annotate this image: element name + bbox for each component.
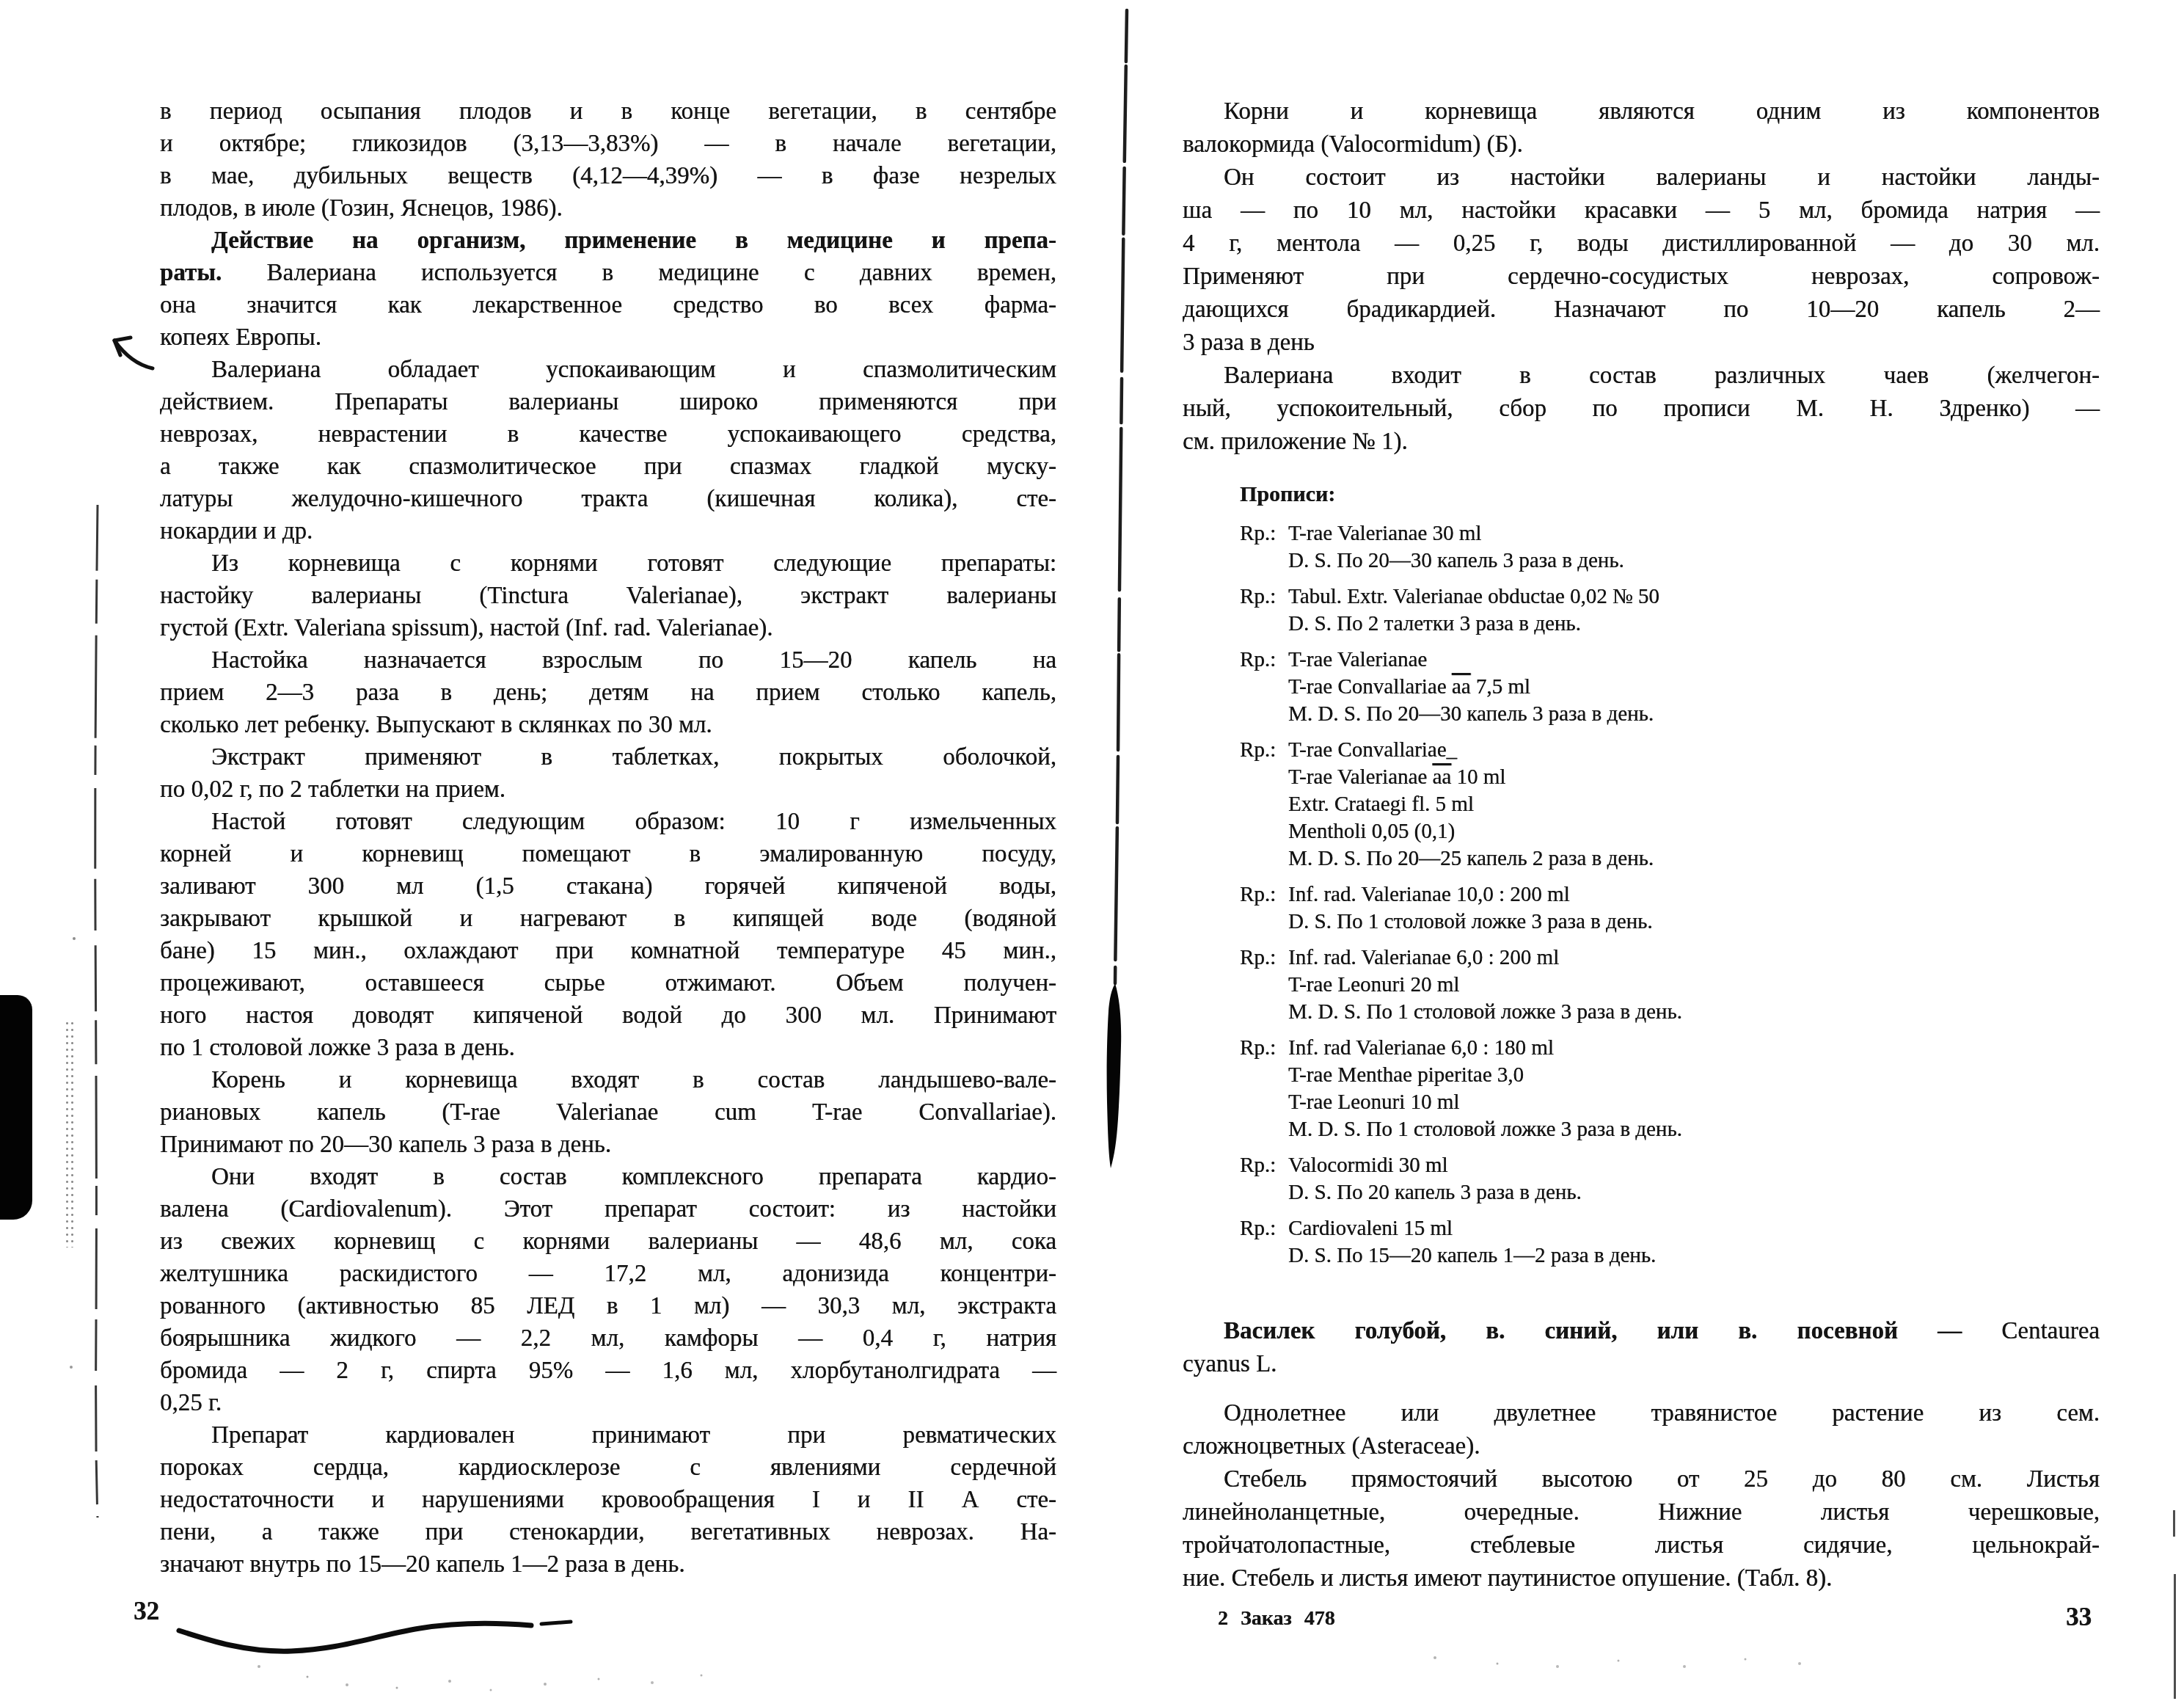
text-line: валена (Cardiovalenum). Этот препарат со… bbox=[160, 1193, 1056, 1225]
prescription: Rp.:T-rae Convallariae_T-rae Valerianae … bbox=[1240, 737, 2100, 873]
prescription: Rp.:Cardiovaleni 15 mlD. S. По 15—20 кап… bbox=[1240, 1215, 2100, 1270]
paragraph: Однолетнее или двулетнее травянистое рас… bbox=[1183, 1397, 2100, 1463]
text-line: Настой готовят следующим образом: 10 г и… bbox=[160, 806, 1056, 838]
left-page-text-column: в период осыпания плодов и в конце вегет… bbox=[160, 95, 1056, 1581]
text-line: D. S. По 15—20 капель 1—2 раза в день. bbox=[1240, 1242, 2100, 1270]
text-line: значают внутрь по 15—20 капель 1—2 раза … bbox=[160, 1548, 1056, 1581]
text-line: T-rae Valerianae bbox=[1288, 648, 1427, 671]
text-line: Valocormidi 30 ml bbox=[1288, 1154, 1447, 1177]
rx-label: Rp.: bbox=[1240, 583, 1288, 611]
prescription: Rp.:Valocormidi 30 mlD. S. По 20 капель … bbox=[1240, 1152, 2100, 1206]
rx-label: Rp.: bbox=[1240, 1035, 1288, 1062]
text-line: раты. Валериана используется в медицине … bbox=[160, 257, 1056, 289]
text-line: 0,25 г. bbox=[160, 1387, 1056, 1419]
text-segment: T-rae Valerianae bbox=[1288, 765, 1432, 789]
text-line: Cardiovaleni 15 ml bbox=[1288, 1217, 1453, 1240]
paragraph: Валериана обладает успокаивающим и спазм… bbox=[160, 354, 1056, 547]
text-line: Стебель прямостоячий высотою от 25 до 80… bbox=[1183, 1463, 2100, 1496]
text-line: Василек голубой, в. синий, или в. посевн… bbox=[1183, 1315, 2100, 1348]
text-line: линейноланцетные, очередные. Нижние лист… bbox=[1183, 1496, 2100, 1529]
book-gutter-shadow bbox=[1097, 0, 1141, 1189]
text-line: D. S. По 2 талетки 3 раза в день. bbox=[1240, 611, 2100, 638]
text-line: M. D. S. По 1 столовой ложке 3 раза в де… bbox=[1240, 999, 2100, 1026]
page-edge-mark bbox=[2173, 1510, 2175, 1537]
text-line: Rp.:Cardiovaleni 15 ml bbox=[1240, 1215, 2100, 1242]
text-line: 3 раза в день bbox=[1183, 327, 2100, 360]
text-line: D. S. По 20—30 капель 3 раза в день. bbox=[1240, 547, 2100, 575]
text-line: Настойка назначается взрослым по 15—20 к… bbox=[160, 644, 1056, 677]
scan-noise-dots bbox=[0, 0, 1, 1]
margin-arrow-annotation bbox=[94, 321, 167, 376]
text-line: сложноцветных (Asteraceae). bbox=[1183, 1430, 2100, 1463]
rx-label: Rp.: bbox=[1240, 881, 1288, 908]
text-line: дающихся брадикардией. Назначают по 10—2… bbox=[1183, 294, 2100, 327]
paragraph: Из корневища с корнями готовят следующие… bbox=[160, 547, 1056, 644]
text-line: Препарат кардиовален принимают при ревма… bbox=[160, 1419, 1056, 1452]
text-line: Rp.:Tabul. Extr. Valerianae obductae 0,0… bbox=[1240, 583, 2100, 611]
text-line: T-rae Valerianae aa 10 ml bbox=[1240, 764, 2100, 791]
text-line: T-rae Leonuri 20 ml bbox=[1240, 972, 2100, 999]
text-line: Экстракт применяют в таблетках, покрытых… bbox=[160, 741, 1056, 773]
prescription: Rp.:T-rae Valerianae 30 mlD. S. По 20—30… bbox=[1240, 520, 2100, 575]
text-line: T-rae Valerianae 30 ml bbox=[1288, 522, 1481, 545]
text-line: Rp.:Inf. rad. Valerianae 10,0 : 200 ml bbox=[1240, 881, 2100, 908]
text-line: в период осыпания плодов и в конце вегет… bbox=[160, 95, 1056, 128]
text-segment: aa bbox=[1432, 765, 1451, 789]
prescription: Rp.:Inf. rad. Valerianae 10,0 : 200 mlD.… bbox=[1240, 881, 2100, 936]
paragraph: Он состоит из настойки валерианы и насто… bbox=[1183, 161, 2100, 360]
paragraph: Корень и корневища входят в состав ланды… bbox=[160, 1064, 1056, 1161]
paragraph: Они входят в состав комплексного препара… bbox=[160, 1161, 1056, 1419]
paragraph: в период осыпания плодов и в конце вегет… bbox=[160, 95, 1056, 225]
text-line: копеях Европы. bbox=[160, 321, 1056, 354]
right-page-number: 33 bbox=[2066, 1603, 2092, 1632]
paragraph: Препарат кардиовален принимают при ревма… bbox=[160, 1419, 1056, 1581]
rx-label: Rp.: bbox=[1240, 1152, 1288, 1179]
text-line: рованного (активностью 85 ЛЕД в 1 мл) — … bbox=[160, 1290, 1056, 1322]
text-line: плодов, в июле (Гозин, Яснецов, 1986). bbox=[160, 192, 1056, 225]
text-line: закрывают крышкой и нагревают в кипящей … bbox=[160, 903, 1056, 935]
prescription: Rp.:Inf. rad. Valerianae 6,0 : 200 mlT-r… bbox=[1240, 944, 2100, 1026]
text-line: густой (Extr. Valeriana spissum), настой… bbox=[160, 612, 1056, 644]
text-line: нокардии и др. bbox=[160, 515, 1056, 547]
text-line: Валериана входит в состав различных чаев… bbox=[1183, 360, 2100, 393]
text-line: T-rae Convallariae_ bbox=[1288, 738, 1457, 762]
print-order-signature: 2 Заказ 478 bbox=[1218, 1607, 1335, 1631]
text-segment: Centaurea bbox=[1962, 1318, 2100, 1344]
text-line: Rp.:Valocormidi 30 ml bbox=[1240, 1152, 2100, 1179]
prescription: Rp.:Tabul. Extr. Valerianae obductae 0,0… bbox=[1240, 583, 2100, 638]
text-line: Rp.:T-rae Convallariae_ bbox=[1240, 737, 2100, 764]
prescription: Rp.:T-rae ValerianaeT-rae Convallariae a… bbox=[1240, 646, 2100, 728]
text-line: по 1 столовой ложке 3 раза в день. bbox=[160, 1032, 1056, 1064]
text-segment: T-rae Convallariae bbox=[1288, 675, 1452, 699]
page-crease-line bbox=[87, 499, 109, 1523]
text-segment: Валериана используется в медицине с давн… bbox=[222, 260, 1056, 286]
text-line: M. D. S. По 1 столовой ложке 3 раза в де… bbox=[1240, 1116, 2100, 1143]
text-line: тройчатолопастные, стеблевые листья сидя… bbox=[1183, 1529, 2100, 1562]
text-line: пороках сердца, кардиосклерозе с явления… bbox=[160, 1452, 1056, 1484]
text-line: M. D. S. По 20—30 капель 3 раза в день. bbox=[1240, 701, 2100, 728]
text-line: Tabul. Extr. Valerianae obductae 0,02 № … bbox=[1288, 585, 1659, 608]
text-line: Действие на организм, применение в медиц… bbox=[160, 225, 1056, 257]
text-line: а также как спазмолитическое при спазмах… bbox=[160, 451, 1056, 483]
text-line: Inf. rad. Valerianae 6,0 : 200 ml bbox=[1288, 946, 1559, 969]
section-heading: Василек голубой, в. синий, или в. посевн… bbox=[1183, 1315, 2100, 1381]
rx-label: Rp.: bbox=[1240, 944, 1288, 972]
text-line: M. D. S. По 20—25 капель 2 раза в день. bbox=[1240, 845, 2100, 873]
rx-label: Rp.: bbox=[1240, 1215, 1288, 1242]
paragraph: Стебель прямостоячий высотою от 25 до 80… bbox=[1183, 1463, 2100, 1595]
text-line: бане) 15 мин., охлаждают при комнатной т… bbox=[160, 935, 1056, 967]
paragraph: Экстракт применяют в таблетках, покрытых… bbox=[160, 741, 1056, 806]
prescriptions-label: Прописи: bbox=[1240, 481, 2100, 509]
text-line: пени, а также при стенокардии, вегетатив… bbox=[160, 1516, 1056, 1548]
scan-speckle-strip bbox=[65, 1020, 76, 1247]
text-line: она значится как лекарственное средство … bbox=[160, 289, 1056, 321]
scanned-book-spread: в период осыпания плодов и в конце вегет… bbox=[0, 0, 2184, 1701]
text-line: Применяют при сердечно-сосудистых невроз… bbox=[1183, 261, 2100, 294]
text-line: Rp.:T-rae Valerianae 30 ml bbox=[1240, 520, 2100, 547]
prescriptions-list: Rp.:T-rae Valerianae 30 mlD. S. По 20—30… bbox=[1240, 520, 2100, 1270]
text-line: Inf. rad. Valerianae 10,0 : 200 ml bbox=[1288, 883, 1570, 906]
text-line: Корни и корневища являются одним из комп… bbox=[1183, 95, 2100, 128]
rx-label: Rp.: bbox=[1240, 737, 1288, 764]
text-line: риановых капель (T-rae Valerianae cum T-… bbox=[160, 1096, 1056, 1129]
text-line: ние. Стебель и листья имеют паутинистое … bbox=[1183, 1562, 2100, 1595]
text-line: cyanus L. bbox=[1183, 1348, 2100, 1381]
paragraph: Валериана входит в состав различных чаев… bbox=[1183, 360, 2100, 459]
text-line: см. приложение № 1). bbox=[1183, 426, 2100, 459]
text-line: настойку валерианы (Tinctura Valerianae)… bbox=[160, 580, 1056, 612]
prescription: Rp.:Inf. rad Valerianae 6,0 : 180 mlT-ra… bbox=[1240, 1035, 2100, 1143]
text-line: Однолетнее или двулетнее травянистое рас… bbox=[1183, 1397, 2100, 1430]
text-line: T-rae Convallariae aa 7,5 ml bbox=[1240, 674, 2100, 701]
text-line: в мае, дубильных веществ (4,12—4,39%) — … bbox=[160, 160, 1056, 192]
text-line: Из корневища с корнями готовят следующие… bbox=[160, 547, 1056, 580]
text-segment: aa bbox=[1452, 675, 1471, 699]
text-line: D. S. По 1 столовой ложке 3 раза в день. bbox=[1240, 908, 2100, 936]
text-line: неврозах, неврастении в качестве успокаи… bbox=[160, 418, 1056, 451]
text-line: 4 г, ментола — 0,25 г, воды дистиллирова… bbox=[1183, 227, 2100, 261]
text-line: по 0,02 г, по 2 таблетки на прием. bbox=[160, 773, 1056, 806]
text-line: ный, успокоительный, сбор по прописи М. … bbox=[1183, 393, 2100, 426]
handwritten-underline bbox=[170, 1609, 581, 1664]
text-line: желтушника раскидистого — 17,2 мл, адони… bbox=[160, 1258, 1056, 1290]
text-line: латуры желудочно-кишечного тракта (кишеч… bbox=[160, 483, 1056, 515]
text-line: Принимают по 20—30 капель 3 раза в день. bbox=[160, 1129, 1056, 1161]
paragraph: Корни и корневища являются одним из комп… bbox=[1183, 95, 2100, 161]
text-line: процеживают, оставшееся сырье отжимают. … bbox=[160, 967, 1056, 999]
text-line: Они входят в состав комплексного препара… bbox=[160, 1161, 1056, 1193]
text-line: Extr. Crataegi fl. 5 ml bbox=[1240, 791, 2100, 818]
left-page-number: 32 bbox=[134, 1597, 159, 1626]
section-body: Однолетнее или двулетнее травянистое рас… bbox=[1183, 1397, 2100, 1595]
text-line: бромида — 2 г, спирта 95% — 1,6 мл, хлор… bbox=[160, 1355, 1056, 1387]
text-segment: Василек голубой, в. синий, или в. посевн… bbox=[1224, 1318, 1962, 1344]
text-line: T-rae Menthae piperitae 3,0 bbox=[1240, 1062, 2100, 1089]
text-line: Mentholi 0,05 (0,1) bbox=[1240, 818, 2100, 845]
right-page-text-column: Корни и корневища являются одним из комп… bbox=[1183, 95, 2100, 1595]
text-line: сколько лет ребенку. Выпускают в склянка… bbox=[160, 709, 1056, 741]
text-line: валокормида (Valocormidum) (Б). bbox=[1183, 128, 2100, 161]
text-line: Rp.:T-rae Valerianae bbox=[1240, 646, 2100, 674]
text-line: ного настоя доводят кипяченой водой до 3… bbox=[160, 999, 1056, 1032]
paragraph: Действие на организм, применение в медиц… bbox=[160, 225, 1056, 354]
text-line: из свежих корневищ с корнями валерианы —… bbox=[160, 1225, 1056, 1258]
text-line: Rp.:Inf. rad Valerianae 6,0 : 180 ml bbox=[1240, 1035, 2100, 1062]
text-line: Он состоит из настойки валерианы и насто… bbox=[1183, 161, 2100, 194]
text-line: Rp.:Inf. rad. Valerianae 6,0 : 200 ml bbox=[1240, 944, 2100, 972]
text-segment: 7,5 ml bbox=[1471, 675, 1530, 699]
text-line: Inf. rad Valerianae 6,0 : 180 ml bbox=[1288, 1036, 1554, 1060]
text-line: недостаточности и нарушениями кровообращ… bbox=[160, 1484, 1056, 1516]
text-line: корней и корневищ помещают в эмалированн… bbox=[160, 838, 1056, 870]
paragraph: Настой готовят следующим образом: 10 г и… bbox=[160, 806, 1056, 1064]
scanner-ink-blob bbox=[0, 995, 32, 1220]
text-line: ша — по 10 мл, настойки красавки — 5 мл,… bbox=[1183, 194, 2100, 227]
text-line: D. S. По 20 капель 3 раза в день. bbox=[1240, 1179, 2100, 1206]
text-line: и октябре; гликозидов (3,13—3,83%) — в н… bbox=[160, 128, 1056, 160]
text-line: прием 2—3 раза в день; детям на прием ст… bbox=[160, 677, 1056, 709]
paragraph: Настойка назначается взрослым по 15—20 к… bbox=[160, 644, 1056, 741]
rx-label: Rp.: bbox=[1240, 520, 1288, 547]
text-segment: 10 ml bbox=[1451, 765, 1505, 789]
text-line: T-rae Leonuri 10 ml bbox=[1240, 1089, 2100, 1116]
text-line: заливают 300 мл (1,5 стакана) горячей ки… bbox=[160, 870, 1056, 903]
page-edge-mark bbox=[2174, 1574, 2176, 1699]
text-line: боярышника жидкого — 2,2 мл, камфоры — 0… bbox=[160, 1322, 1056, 1355]
text-segment: раты. bbox=[160, 260, 222, 286]
text-line: Валериана обладает успокаивающим и спазм… bbox=[160, 354, 1056, 386]
text-segment: Действие на организм, применение в медиц… bbox=[211, 227, 1056, 254]
text-line: действием. Препараты валерианы широко пр… bbox=[160, 386, 1056, 418]
text-line: Корень и корневища входят в состав ланды… bbox=[160, 1064, 1056, 1096]
rx-label: Rp.: bbox=[1240, 646, 1288, 674]
